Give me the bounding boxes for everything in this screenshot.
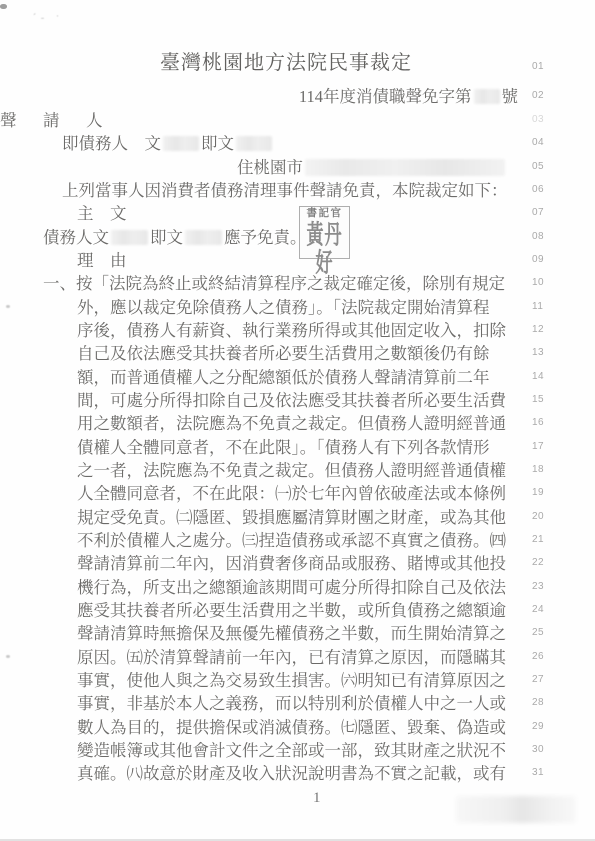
text-segment: 變造帳簿或其他會計文件之全部或一部，致其財產之狀況不 <box>77 741 506 760</box>
doc-line-03: 聲 請 人03 <box>0 109 595 132</box>
text-segment: 即債務人 文 <box>62 134 161 153</box>
text-segment: 債務人文 <box>43 228 109 247</box>
line-text: 一、按「法院為終止或終結清算程序之裁定確定後，除別有規定 <box>43 272 505 295</box>
doc-line-29: 數人為目的，提供擔保或消滅債務。㈦隱匿、毀棄、偽造或29 <box>0 716 595 739</box>
redaction-blur <box>163 136 199 151</box>
doc-line-13: 自己及依法應受其扶養者所必要生活費用之數額後仍有餘13 <box>0 342 595 365</box>
line-text: 原因。㈤於清算聲請前一年內，已有清算之原因，而隱瞞其 <box>77 646 506 669</box>
doc-line-12: 序後，債務人有薪資、執行業務所得或其他固定收入，扣除12 <box>0 319 595 342</box>
doc-line-27: 事實，使他人與之為交易致生損害。㈥明知已有清算原因之27 <box>0 669 595 692</box>
doc-line-05: 住桃園市05 <box>0 156 595 179</box>
text-segment: 之一者，法院應為不免責之裁定。但債務人證明經普通債權 <box>77 461 506 480</box>
line-number: 22 <box>532 557 556 569</box>
clerk-seal-stamp: 書記官 黃丹好 <box>299 206 350 259</box>
redaction-blur <box>236 136 272 151</box>
line-text: 臺灣桃園地方法院民事裁定 <box>160 50 412 77</box>
line-text: 不利於債權人之處分。㈢捏造債務或承認不真實之債務。㈣ <box>77 529 506 552</box>
text-segment: 不利於債權人之處分。㈢捏造債務或承認不真實之債務。㈣ <box>77 531 506 550</box>
line-number: 24 <box>532 604 556 616</box>
line-text: 數人為目的，提供擔保或消滅債務。㈦隱匿、毀棄、偽造或 <box>77 716 506 739</box>
text-segment: 住桃園市 <box>237 158 303 177</box>
line-text: 外，應以裁定免除債務人之債務」。「法院裁定開始清算程 <box>77 296 490 319</box>
line-text: 理 由 <box>77 249 127 272</box>
line-number: 19 <box>532 487 556 499</box>
line-text: 聲 請 人 <box>0 109 108 132</box>
text-segment: 外，應以裁定免除債務人之債務」。「法院裁定開始清算程 <box>77 298 490 317</box>
stamp-name-seal: 黃丹好 <box>300 222 349 278</box>
line-text: 上列當事人因消費者債務清理事件聲請免責，本院裁定如下： <box>62 179 508 202</box>
line-text: 114年度消債職聲免字第號 <box>299 85 518 108</box>
line-number: 16 <box>532 417 556 429</box>
doc-line-30: 變造帳簿或其他會計文件之全部或一部，致其財產之狀況不30 <box>0 739 595 762</box>
line-number: 15 <box>532 394 556 406</box>
text-segment: 規定受免責。㈡隱匿、毀損應屬清算財團之財產，或為其他 <box>77 508 506 527</box>
line-number: 11 <box>532 301 556 313</box>
doc-line-31: 真確。㈧故意於財產及收入狀況說明書為不實之記載，或有31 <box>0 762 595 785</box>
text-segment: 真確。㈧故意於財產及收入狀況說明書為不實之記載，或有 <box>77 764 506 783</box>
text-segment: 人全體同意者，不在此限：㈠於七年內曾依破產法或本條例 <box>77 484 506 503</box>
text-segment: 債權人全體同意者，不在此限」。「債務人有下列各款情形 <box>77 438 490 457</box>
line-number: 27 <box>532 674 556 686</box>
text-segment: 即文 <box>150 228 183 247</box>
scan-dot-artifact <box>6 655 10 658</box>
line-number: 06 <box>532 184 556 196</box>
line-text: 用之數額者，法院應為不免責之裁定。但債務人證明經普通 <box>77 412 506 435</box>
doc-line-06: 上列當事人因消費者債務清理事件聲請免責，本院裁定如下：06 <box>0 179 595 202</box>
line-number: 07 <box>532 207 556 219</box>
doc-line-20: 規定受免責。㈡隱匿、毀損應屬清算財團之財產，或為其他20 <box>0 506 595 529</box>
line-number: 01 <box>532 61 556 73</box>
doc-line-25: 聲請清算時無擔保及無優先權債務之半數，而生開始清算之25 <box>0 622 595 645</box>
redaction-blur <box>185 230 222 245</box>
doc-line-18: 之一者，法院應為不免責之裁定。但債務人證明經普通債權18 <box>0 459 595 482</box>
text-segment: 即文 <box>201 134 234 153</box>
line-text: 自己及依法應受其扶養者所必要生活費用之數額後仍有餘 <box>77 342 490 365</box>
stamp-role-label: 書記官 <box>300 208 349 220</box>
text-segment: 數人為目的，提供擔保或消滅債務。㈦隱匿、毀棄、偽造或 <box>77 718 506 737</box>
doc-line-23: 機行為，所支出之總額逾該期間可處分所得扣除自己及依法23 <box>0 576 595 599</box>
scan-dot-artifact <box>6 305 10 308</box>
line-number: 20 <box>532 511 556 523</box>
line-number: 21 <box>532 534 556 546</box>
text-segment: 序後，債務人有薪資、執行業務所得或其他固定收入，扣除 <box>77 321 506 340</box>
line-text: 變造帳簿或其他會計文件之全部或一部，致其財產之狀況不 <box>77 739 506 762</box>
text-segment: 聲請清算時無擔保及無優先權債務之半數，而生開始清算之 <box>77 624 506 643</box>
doc-line-17: 債權人全體同意者，不在此限」。「債務人有下列各款情形17 <box>0 436 595 459</box>
line-number: 26 <box>532 651 556 663</box>
doc-line-28: 事實，非基於本人之義務，而以特別利於債權人中之一人或28 <box>0 692 595 715</box>
text-segment: 應受其扶養者所必要生活費用之半數，或所負債務之總額逾 <box>77 601 506 620</box>
line-text: 序後，債務人有薪資、執行業務所得或其他固定收入，扣除 <box>77 319 506 342</box>
doc-line-02: 114年度消債職聲免字第號02 <box>0 85 595 108</box>
doc-line-01: 臺灣桃園地方法院民事裁定01 <box>0 50 595 77</box>
line-number: 28 <box>532 697 556 709</box>
line-number: 14 <box>532 371 556 383</box>
doc-line-09: 理 由09 <box>0 249 595 272</box>
text-segment: 機行為，所支出之總額逾該期間可處分所得扣除自己及依法 <box>77 578 506 597</box>
line-text: 真確。㈧故意於財產及收入狀況說明書為不實之記載，或有 <box>77 762 506 785</box>
line-number: 03 <box>532 114 556 126</box>
doc-line-24: 應受其扶養者所必要生活費用之半數，或所負債務之總額逾24 <box>0 599 595 622</box>
text-segment: 理 由 <box>77 251 127 270</box>
line-number: 25 <box>532 627 556 639</box>
line-number: 13 <box>532 347 556 359</box>
line-text: 額，而普通債權人之分配總額低於債務人聲請清算前二年 <box>77 366 490 389</box>
line-number: 12 <box>532 324 556 336</box>
scan-squiggle-artifact: ˊ˗ ˑ <box>33 12 64 22</box>
line-number: 08 <box>532 231 556 243</box>
line-text: 人全體同意者，不在此限：㈠於七年內曾依破產法或本條例 <box>77 482 506 505</box>
doc-line-08: 債務人文即文應予免責。08 <box>0 226 595 249</box>
doc-line-22: 聲請清算前二年內，因消費奢侈商品或服務、賭博或其他投22 <box>0 552 595 575</box>
line-text: 聲請清算時無擔保及無優先權債務之半數，而生開始清算之 <box>77 622 506 645</box>
text-segment: 事實，非基於本人之義務，而以特別利於債權人中之一人或 <box>77 694 506 713</box>
line-text: 債權人全體同意者，不在此限」。「債務人有下列各款情形 <box>77 436 490 459</box>
text-segment: 用之數額者，法院應為不免責之裁定。但債務人證明經普通 <box>77 414 506 433</box>
line-number: 17 <box>532 441 556 453</box>
line-number: 23 <box>532 581 556 593</box>
doc-line-04: 即債務人 文即文04 <box>0 132 595 155</box>
text-segment: 事實，使他人與之為交易致生損害。㈥明知已有清算原因之 <box>77 671 506 690</box>
line-number: 04 <box>532 137 556 149</box>
text-segment: 一、按「法院為終止或終結清算程序之裁定確定後，除別有規定 <box>43 274 505 293</box>
text-segment: 114年度消債職聲免字第 <box>299 87 472 106</box>
text-segment: 額，而普通債權人之分配總額低於債務人聲請清算前二年 <box>77 368 490 387</box>
line-text: 聲請清算前二年內，因消費奢侈商品或服務、賭博或其他投 <box>77 552 506 575</box>
doc-line-11: 外，應以裁定免除債務人之債務」。「法院裁定開始清算程11 <box>0 296 595 319</box>
scan-speck-artifact <box>0 4 7 9</box>
line-number: 30 <box>532 744 556 756</box>
footer-redaction-blur <box>456 796 576 823</box>
line-text: 間，可處分所得扣除自己及依法應受其扶養者所必要生活費 <box>77 389 506 412</box>
line-text: 主 文 <box>77 202 127 225</box>
line-text: 事實，使他人與之為交易致生損害。㈥明知已有清算原因之 <box>77 669 506 692</box>
text-segment: 間，可處分所得扣除自己及依法應受其扶養者所必要生活費 <box>77 391 506 410</box>
page-number: 1 <box>313 790 321 807</box>
doc-line-14: 額，而普通債權人之分配總額低於債務人聲請清算前二年14 <box>0 366 595 389</box>
doc-line-15: 間，可處分所得扣除自己及依法應受其扶養者所必要生活費15 <box>0 389 595 412</box>
doc-line-07: 主 文07 <box>0 202 595 225</box>
text-segment: 上列當事人因消費者債務清理事件聲請免責，本院裁定如下： <box>62 181 508 200</box>
line-number: 02 <box>532 90 556 102</box>
text-segment: 號 <box>502 87 519 106</box>
line-text: 應受其扶養者所必要生活費用之半數，或所負債務之總額逾 <box>77 599 506 622</box>
redaction-blur <box>305 159 505 176</box>
line-text: 事實，非基於本人之義務，而以特別利於債權人中之一人或 <box>77 692 506 715</box>
line-number: 29 <box>532 721 556 733</box>
doc-line-10: 一、按「法院為終止或終結清算程序之裁定確定後，除別有規定10 <box>0 272 595 295</box>
text-segment: 應予免責。 <box>224 228 307 247</box>
line-number: 18 <box>532 464 556 476</box>
redaction-blur <box>474 89 500 104</box>
line-number: 05 <box>532 161 556 173</box>
text-segment: 原因。㈤於清算聲請前一年內，已有清算之原因，而隱瞞其 <box>77 648 506 667</box>
doc-line-26: 原因。㈤於清算聲請前一年內，已有清算之原因，而隱瞞其26 <box>0 646 595 669</box>
doc-line-21: 不利於債權人之處分。㈢捏造債務或承認不真實之債務。㈣21 <box>0 529 595 552</box>
line-text: 規定受免責。㈡隱匿、毀損應屬清算財團之財產，或為其他 <box>77 506 506 529</box>
court-ruling-page: ˊ˗ ˑ 臺灣桃園地方法院民事裁定01114年度消債職聲免字第號02聲 請 人0… <box>0 0 595 841</box>
line-number: 31 <box>532 767 556 779</box>
text-segment: 聲請清算前二年內，因消費奢侈商品或服務、賭博或其他投 <box>77 554 506 573</box>
text-segment: 聲 請 人 <box>0 111 108 130</box>
line-number: 09 <box>532 254 556 266</box>
text-segment: 臺灣桃園地方法院民事裁定 <box>160 52 412 74</box>
line-number: 10 <box>532 277 556 289</box>
text-segment: 主 文 <box>77 204 127 223</box>
line-text: 機行為，所支出之總額逾該期間可處分所得扣除自己及依法 <box>77 576 506 599</box>
line-text: 債務人文即文應予免責。 <box>43 226 307 249</box>
line-text: 住桃園市 <box>237 156 507 179</box>
doc-line-16: 用之數額者，法院應為不免責之裁定。但債務人證明經普通16 <box>0 412 595 435</box>
line-text: 之一者，法院應為不免責之裁定。但債務人證明經普通債權 <box>77 459 506 482</box>
redaction-blur <box>111 230 148 245</box>
line-text: 即債務人 文即文 <box>62 132 274 155</box>
doc-line-19: 人全體同意者，不在此限：㈠於七年內曾依破產法或本條例19 <box>0 482 595 505</box>
text-segment: 自己及依法應受其扶養者所必要生活費用之數額後仍有餘 <box>77 344 490 363</box>
